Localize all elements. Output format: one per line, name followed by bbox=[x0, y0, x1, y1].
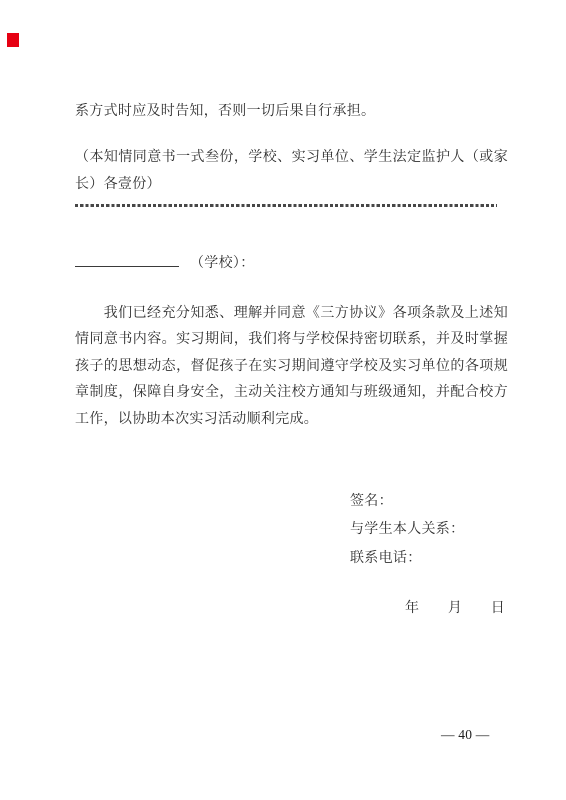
school-label: （学校）： bbox=[190, 256, 255, 271]
commitment-paragraph: 我们已经充分知悉、理解并同意《三方协议》各项条款及上述知情同意书内容。实习期间，… bbox=[75, 301, 508, 433]
phone-label: 联系电话： bbox=[350, 545, 464, 573]
date-line: 年 月 日 bbox=[405, 602, 505, 616]
red-corner-mark bbox=[7, 33, 19, 47]
document-page: 系方式时应及时告知，否则一切后果自行承担。 （本知情同意书一式叁份，学校、实习单… bbox=[0, 0, 566, 800]
signature-label: 签名： bbox=[350, 488, 464, 516]
school-name-blank bbox=[75, 252, 179, 267]
page-number: — 40 — bbox=[441, 728, 489, 742]
continuation-line: 系方式时应及时告知，否则一切后果自行承担。 bbox=[75, 104, 375, 120]
signature-block: 签名： 与学生本人关系： 联系电话： bbox=[350, 488, 464, 573]
school-line: （学校）： bbox=[75, 252, 255, 272]
relation-label: 与学生本人关系： bbox=[350, 516, 464, 544]
copies-note: （本知情同意书一式叁份，学校、实习单位、学生法定监护人（或家长）各壹份） bbox=[75, 144, 508, 198]
dashed-separator bbox=[75, 204, 497, 207]
